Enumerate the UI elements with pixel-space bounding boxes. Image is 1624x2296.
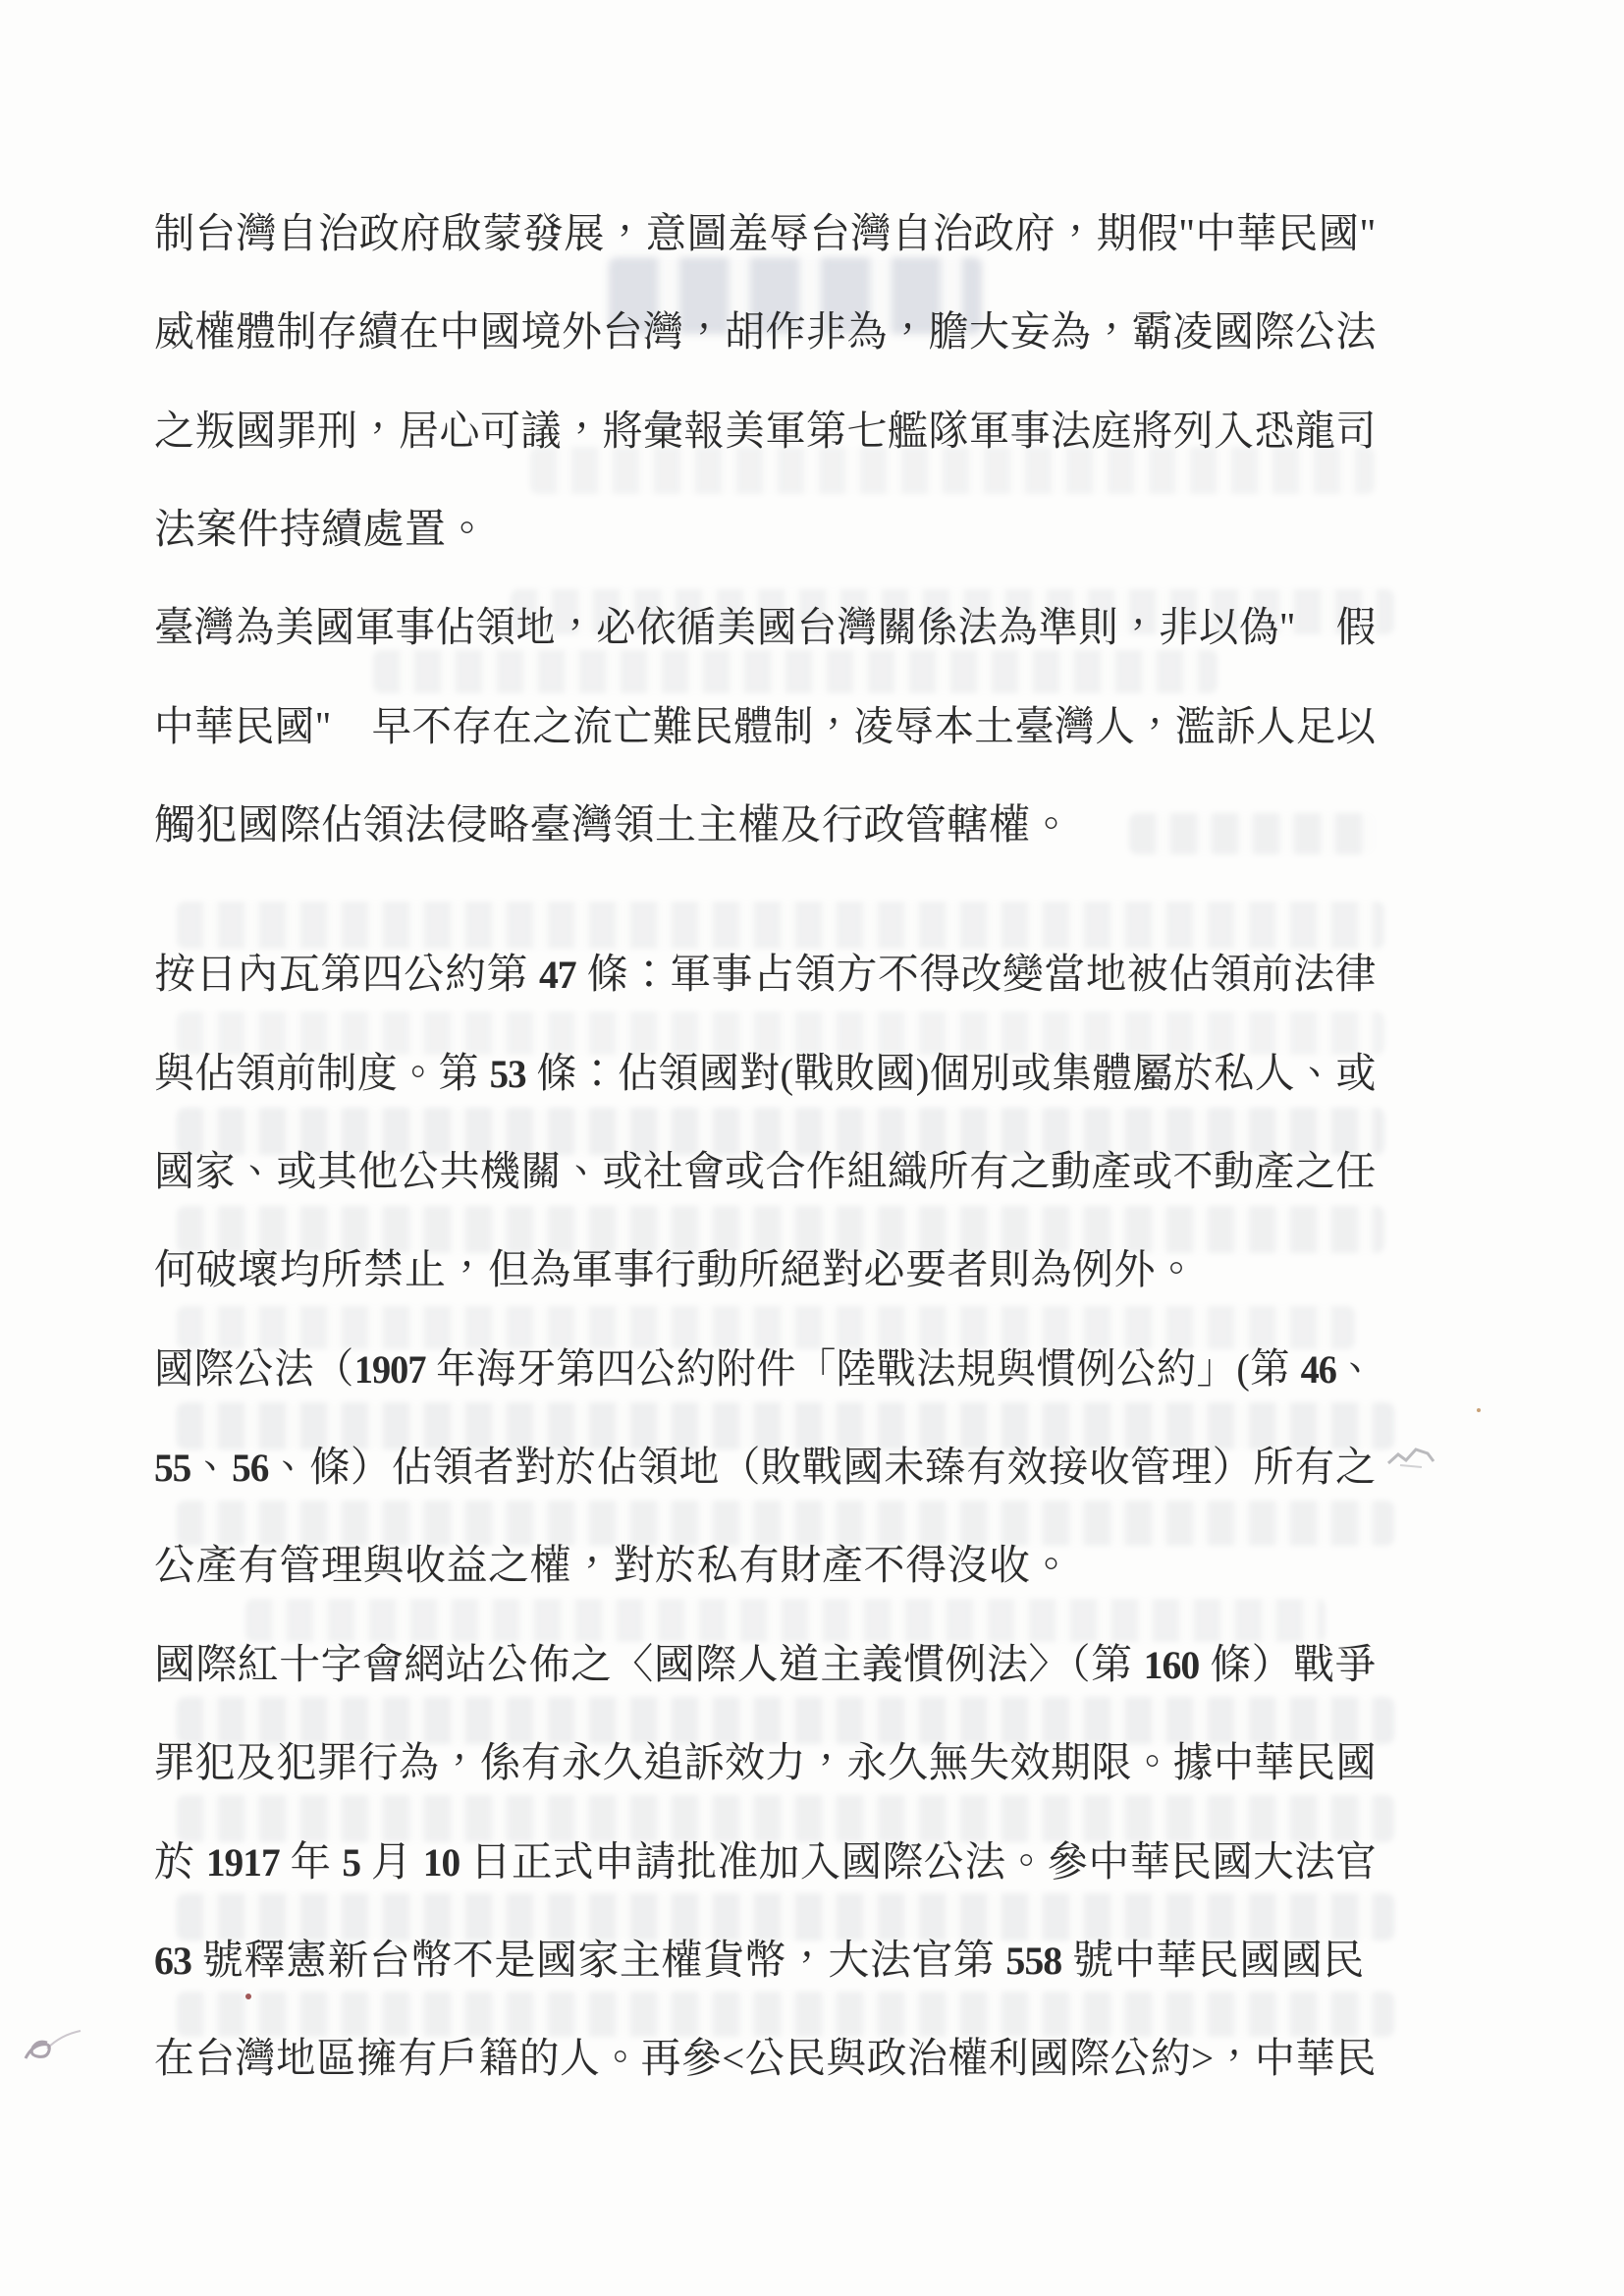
text-line: 在台灣地區擁有戶籍的人。再參<公民與政治權利國際公約>，中華民 — [154, 2010, 1342, 2108]
text-line: 觸犯國際佔領法侵略臺灣領土主權及行政管轄權。 — [154, 777, 1377, 875]
text-line: 之叛國罪刑，居心可議，將彙報美軍第七艦隊軍事法庭將列入恐龍司 — [154, 383, 1348, 481]
text-line: 何破壞均所禁止，但為軍事行動所絕對必要者則為例外。 — [154, 1222, 1377, 1320]
paragraph: 制台灣自治政府啟蒙發展，意圖羞辱台灣自治政府，期假"中華民國"威權體制存續在中國… — [154, 186, 1377, 875]
paragraph: 國際紅十字會網站公佈之〈國際人道主義慣例法〉（第 160 條）戰爭罪犯及犯罪行為… — [154, 1616, 1377, 2109]
text-line: 公產有管理與收益之權，對於私有財產不得沒收。 — [154, 1517, 1377, 1615]
text-line: 55、56、條）佔領者對於佔領地（敗戰國未臻有效接收管理）所有之 — [154, 1419, 1356, 1517]
paragraph: 按日內瓦第四公約第 47 條：軍事占領方不得改變當地被佔領前法律與佔領前制度。第… — [154, 926, 1377, 1320]
text-line: 按日內瓦第四公約第 47 條：軍事占領方不得改變當地被佔領前法律 — [154, 926, 1372, 1024]
text-line: 國家、或其他公共機關、或社會或合作組織所有之動產或不動產之任 — [154, 1123, 1348, 1222]
pencil-mark — [14, 2015, 122, 2074]
text-line: 臺灣為美國軍事佔領地，必依循美國台灣關係法為準則，非以偽" 假 — [154, 579, 1331, 678]
text-line: 63 號釋憲新台幣不是國家主權貨幣，大法官第 558 號中華民國國民 — [154, 1912, 1377, 2010]
scanned-document-page: 制台灣自治政府啟蒙發展，意圖羞辱台灣自治政府，期假"中華民國"威權體制存續在中國… — [0, 0, 1624, 2296]
text-line: 法案件持續處置。 — [154, 481, 1377, 579]
text-line: 威權體制存續在中國境外台灣，胡作非為，膽大妄為，霸凌國際公法 — [154, 284, 1348, 382]
text-line: 於 1917 年 5 月 10 日正式申請批准加入國際公法。參中華民國大法官 — [154, 1814, 1361, 1912]
text-line: 國際公法（1907 年海牙第四公約附件「陸戰法規與慣例公約」(第 46、 — [154, 1321, 1326, 1419]
document-text: 制台灣自治政府啟蒙發展，意圖羞辱台灣自治政府，期假"中華民國"威權體制存續在中國… — [154, 186, 1377, 2109]
smudge-mark — [1384, 1442, 1439, 1473]
text-line: 與佔領前制度。第 53 條：佔領國對(戰敗國)個別或集體屬於私人、或 — [154, 1025, 1344, 1123]
ink-speck — [245, 1994, 251, 1999]
text-line: 中華民國" 早不存在之流亡難民體制，凌辱本土臺灣人，濫訴人足以 — [154, 679, 1331, 777]
ink-speck — [1477, 1408, 1481, 1412]
paragraph: 國際公法（1907 年海牙第四公約附件「陸戰法規與慣例公約」(第 46、55、5… — [154, 1321, 1377, 1616]
text-line: 國際紅十字會網站公佈之〈國際人道主義慣例法〉（第 160 條）戰爭 — [154, 1616, 1374, 1715]
text-line: 制台灣自治政府啟蒙發展，意圖羞辱台灣自治政府，期假"中華民國" — [154, 186, 1354, 284]
text-line: 罪犯及犯罪行為，係有永久追訴效力，永久無失效期限。據中華民國 — [154, 1715, 1348, 1813]
